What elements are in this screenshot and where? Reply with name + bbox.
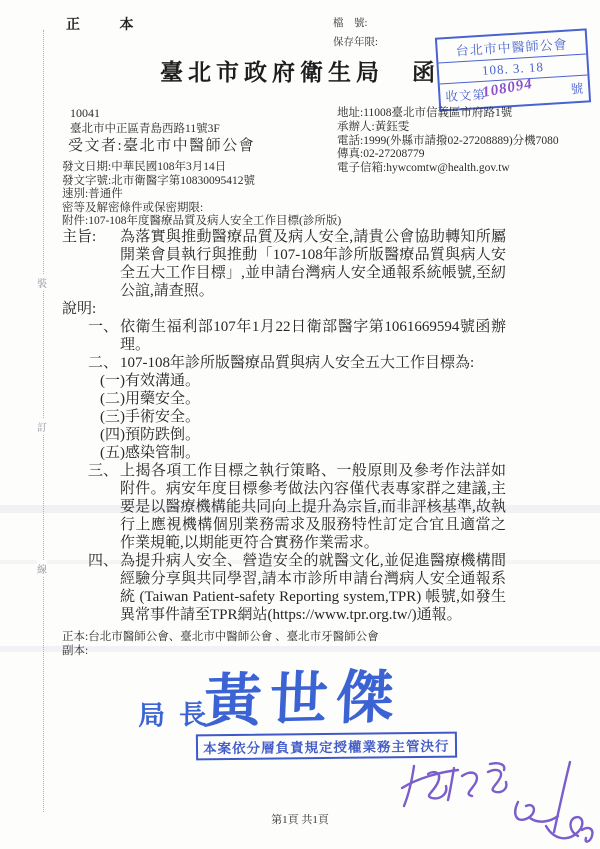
file-number-label: 檔 號: [333, 14, 378, 33]
goal-item-2: (二)用藥安全。 [62, 390, 506, 408]
item-text: 依衛生福利部107年1月22日衛部醫字第1061669594號函辦理。 [120, 318, 506, 354]
letter-body: 主旨: 為落實與推動醫療品質及病人安全,請貴公會協助轉知所屬開業會員執行與推動「… [62, 228, 506, 624]
item-number: 四、 [88, 552, 120, 624]
contact-fax: 傳真:02-27208779 [337, 148, 569, 162]
receipt-number-handwritten: 108094 [481, 76, 534, 102]
goal-item-1: (一)有效溝通。 [62, 372, 506, 390]
recipient-name: 受文者:臺北市中醫師公會 [68, 134, 255, 155]
item-number: 一、 [88, 318, 120, 354]
file-number-block: 檔 號: 保存年限: [333, 14, 378, 52]
receipt-number-prefix: 收文第 [445, 88, 486, 104]
agency-address: 地址:11008臺北市信義區市府路1號 [337, 107, 569, 121]
contact-email: 電子信箱:hywcomtw@health.gov.tw [337, 162, 569, 176]
document-meta: 發文日期:中華民國108年3月14日 發文字號:北市衛醫字第1083009541… [62, 161, 341, 229]
agency-contact: 地址:11008臺北市信義區市府路1號 承辦人:黃鈺雯 電話:1999(外縣市請… [337, 107, 569, 176]
goal-item-3: (三)手術安全。 [62, 408, 506, 426]
receipt-number-suffix: 號 [570, 79, 585, 98]
issue-number: 發文字號:北市衛醫字第10830095412號 [62, 175, 341, 189]
recipient-zip: 10041 [70, 106, 100, 121]
speed-class: 速別:普通件 [62, 188, 341, 202]
security-class: 密等及解密條件或保密期限: [62, 202, 341, 216]
explanation-item-2: 二、 107-108年診所版醫療品質與病人安全五大工作目標為: [62, 354, 506, 372]
binding-mark-xian: 線 [37, 560, 47, 577]
subject-label: 主旨: [62, 228, 120, 300]
contact-phone: 電話:1999(外縣市請撥02-27208889)分機7080 [337, 135, 569, 149]
commissioner-signature: 黃世傑 [202, 649, 404, 738]
explanation-item-1: 一、 依衛生福利部107年1月22日衛部醫字第1061669594號函辦理。 [62, 318, 506, 354]
explanation-item-3: 三、 上揭各項工作目標之執行策略、一般原則及參考作法詳如附件。病安年度目標參考做… [62, 462, 506, 552]
item-text: 為提升病人安全、營造安全的就醫文化,並促進醫療機構間經驗分享與共同學習,請本市診… [120, 552, 506, 624]
page-number: 第1頁 共1頁 [0, 811, 600, 827]
retention-label: 保存年限: [333, 33, 378, 52]
binding-mark-zhuang: 裝 [37, 274, 47, 291]
attachment-note: 附件:107-108年度醫療品質及病人安全工作目標(診所版) [62, 215, 341, 229]
issue-date: 發文日期:中華民國108年3月14日 [62, 161, 341, 175]
item-text: 上揭各項工作目標之執行策略、一般原則及參考作法詳如附件。病安年度目標參考做法內容… [120, 462, 506, 552]
item-number: 三、 [88, 462, 120, 552]
explanation-label: 說明: [62, 300, 506, 318]
item-number: 二、 [88, 354, 120, 372]
copy-type-label: 正 本 [66, 14, 152, 34]
item-text: 107-108年診所版醫療品質與病人安全五大工作目標為: [120, 354, 506, 372]
explanation-item-4: 四、 為提升病人安全、營造安全的就醫文化,並促進醫療機構間經驗分享與共同學習,請… [62, 552, 506, 624]
goal-item-5: (五)感染管制。 [62, 444, 506, 462]
original-to: 正本:台北市醫師公會、臺北市中醫師公會 、臺北市牙醫師公會 [62, 631, 379, 645]
contact-person: 承辦人:黃鈺雯 [337, 121, 569, 135]
goal-item-4: (四)預防跌倒。 [62, 426, 506, 444]
binding-mark-ding: 訂 [37, 418, 47, 435]
handwritten-note [398, 756, 598, 849]
receipt-stamp: 台北市中醫師公會 108. 3. 18 收文第 108094 號 [435, 28, 591, 111]
subject-text: 為落實與推動醫療品質及病人安全,請貴公會協助轉知所屬開業會員執行與推動「107-… [120, 228, 506, 300]
subject-paragraph: 主旨: 為落實與推動醫療品質及病人安全,請貴公會協助轉知所屬開業會員執行與推動「… [62, 228, 506, 300]
